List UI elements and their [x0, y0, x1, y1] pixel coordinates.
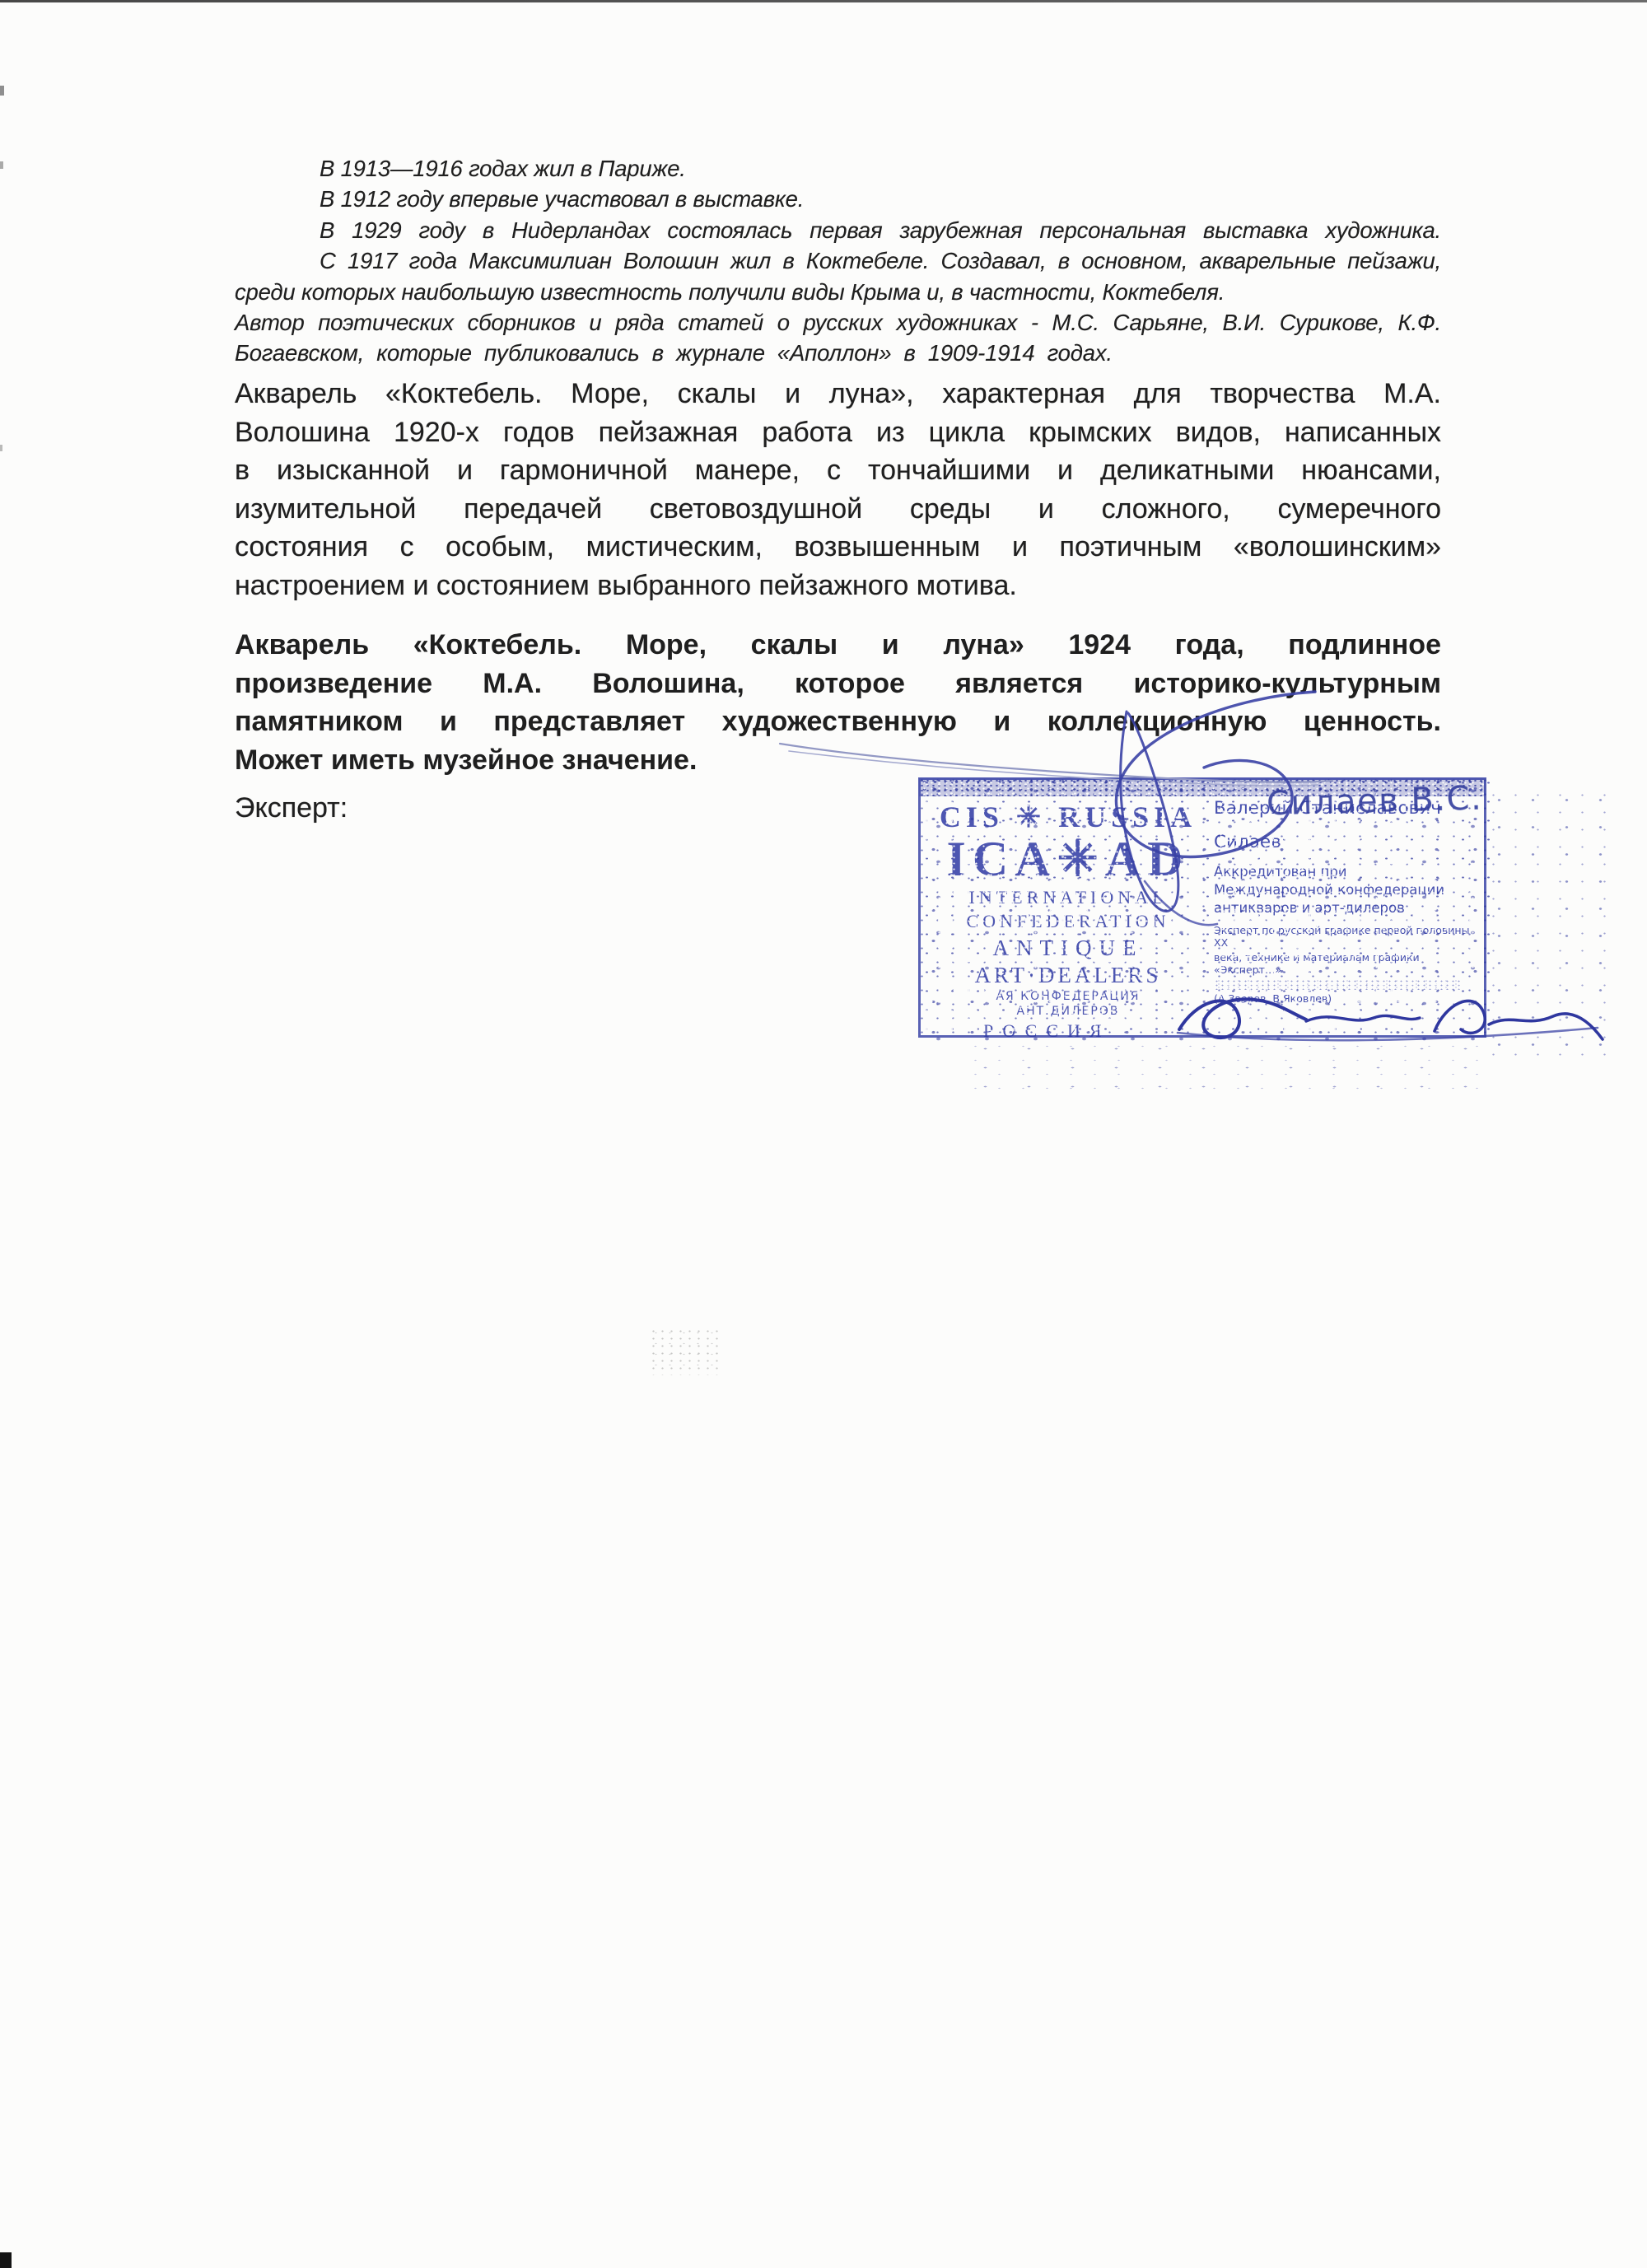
stamp-right-column: Валерий Станиславович Силаев Аккредитова… — [1214, 798, 1484, 1005]
text-line: Акварель «Коктебель. Море, скалы и луна»… — [235, 375, 1441, 413]
text-line: среди которых наибольшую известность пол… — [235, 277, 1441, 307]
stamp-expertise-line: века, технике и материалам графики «Эксп… — [1214, 951, 1484, 976]
document-page: В 1913—1916 годах жил в Париже.В 1912 го… — [0, 0, 1647, 2268]
text-line: Акварель «Коктебель. Море, скалы и луна»… — [235, 626, 1441, 665]
stamp-accreditation-line: Аккредитован при — [1214, 864, 1484, 880]
stamp-text-confederation: CONFEDERATION — [926, 911, 1211, 932]
stamp-expert-surname: Силаев — [1214, 832, 1484, 852]
stamp-text-icaad: ICA✳AD — [926, 834, 1211, 884]
text-line: памятником и представляет художественную… — [235, 702, 1441, 741]
stamp-accreditation-line: Международной конфедерации — [1214, 882, 1484, 898]
stamp-expertise-line: (А.Зверев, В.Яковлев) — [1214, 992, 1484, 1005]
biography-block: В 1913—1916 годах жил в Париже.В 1912 го… — [235, 153, 1441, 369]
text-line: настроением и состоянием выбранного пейз… — [235, 567, 1441, 605]
scan-smudge — [649, 1328, 725, 1375]
text-line: Автор поэтических сборников и ряда стате… — [235, 307, 1441, 338]
illegible-stamp-text — [1214, 979, 1461, 990]
expert-label: Эксперт: — [235, 792, 348, 824]
scan-edge-mark — [0, 161, 3, 169]
stamp-text-cis-russia: CIS ✳ RUSSIA — [926, 800, 1211, 834]
stamp-ink-spray — [1482, 786, 1614, 1058]
text-line: С 1917 года Максимилиан Волошин жил в Ко… — [235, 245, 1441, 276]
handwritten-expert-name: Силаев В.С. — [1266, 780, 1482, 824]
scan-corner-mark — [0, 2252, 12, 2268]
stamp-text-art-dealers: ART·DEALERS — [926, 963, 1211, 988]
text-line: Волошина 1920-х годов пейзажная работа и… — [235, 413, 1441, 452]
stamp-text-confederation-ru: АЯ КОНФЕДЕРАЦИЯ — [926, 990, 1211, 1003]
stamp-text-dealers-ru: АНТ.ДИЛЕРОВ — [926, 1005, 1211, 1018]
stamp-expertise-line: Эксперт по русской графике первой полови… — [1214, 924, 1484, 949]
stamp-ink-spray — [963, 1039, 1491, 1097]
text-line: Богаевском, которые публиковались в журн… — [235, 338, 1441, 368]
text-line: Может иметь музейное значение. — [235, 741, 1441, 780]
scan-edge-mark — [0, 86, 4, 96]
text-line: В 1929 году в Нидерландах состоялась пер… — [235, 215, 1441, 245]
text-line: состояния с особым, мистическим, возвыше… — [235, 528, 1441, 567]
artwork-description-paragraph: Акварель «Коктебель. Море, скалы и луна»… — [235, 375, 1441, 605]
scan-edge-mark — [0, 445, 2, 451]
text-line: в изысканной и гармоничной манере, с тон… — [235, 451, 1441, 490]
stamp-accreditation-line: антикваров и арт-дилеров — [1214, 900, 1484, 916]
conclusion-paragraph: Акварель «Коктебель. Море, скалы и луна»… — [235, 626, 1441, 779]
text-line: изумительной передачей световоздушной ср… — [235, 490, 1441, 529]
stamp-left-column: CIS ✳ RUSSIA ICA✳AD INTERNATIONAL CONFED… — [926, 800, 1211, 1042]
stamp-text-international: INTERNATIONAL — [926, 887, 1211, 908]
text-line: произведение М.А. Волошина, которое явля… — [235, 665, 1441, 703]
text-line: В 1913—1916 годах жил в Париже. — [235, 153, 1441, 184]
scan-edge-top — [0, 0, 1647, 2]
text-line: В 1912 году впервые участвовал в выставк… — [235, 184, 1441, 214]
stamp-text-antique: ANTIQUE — [926, 936, 1211, 961]
